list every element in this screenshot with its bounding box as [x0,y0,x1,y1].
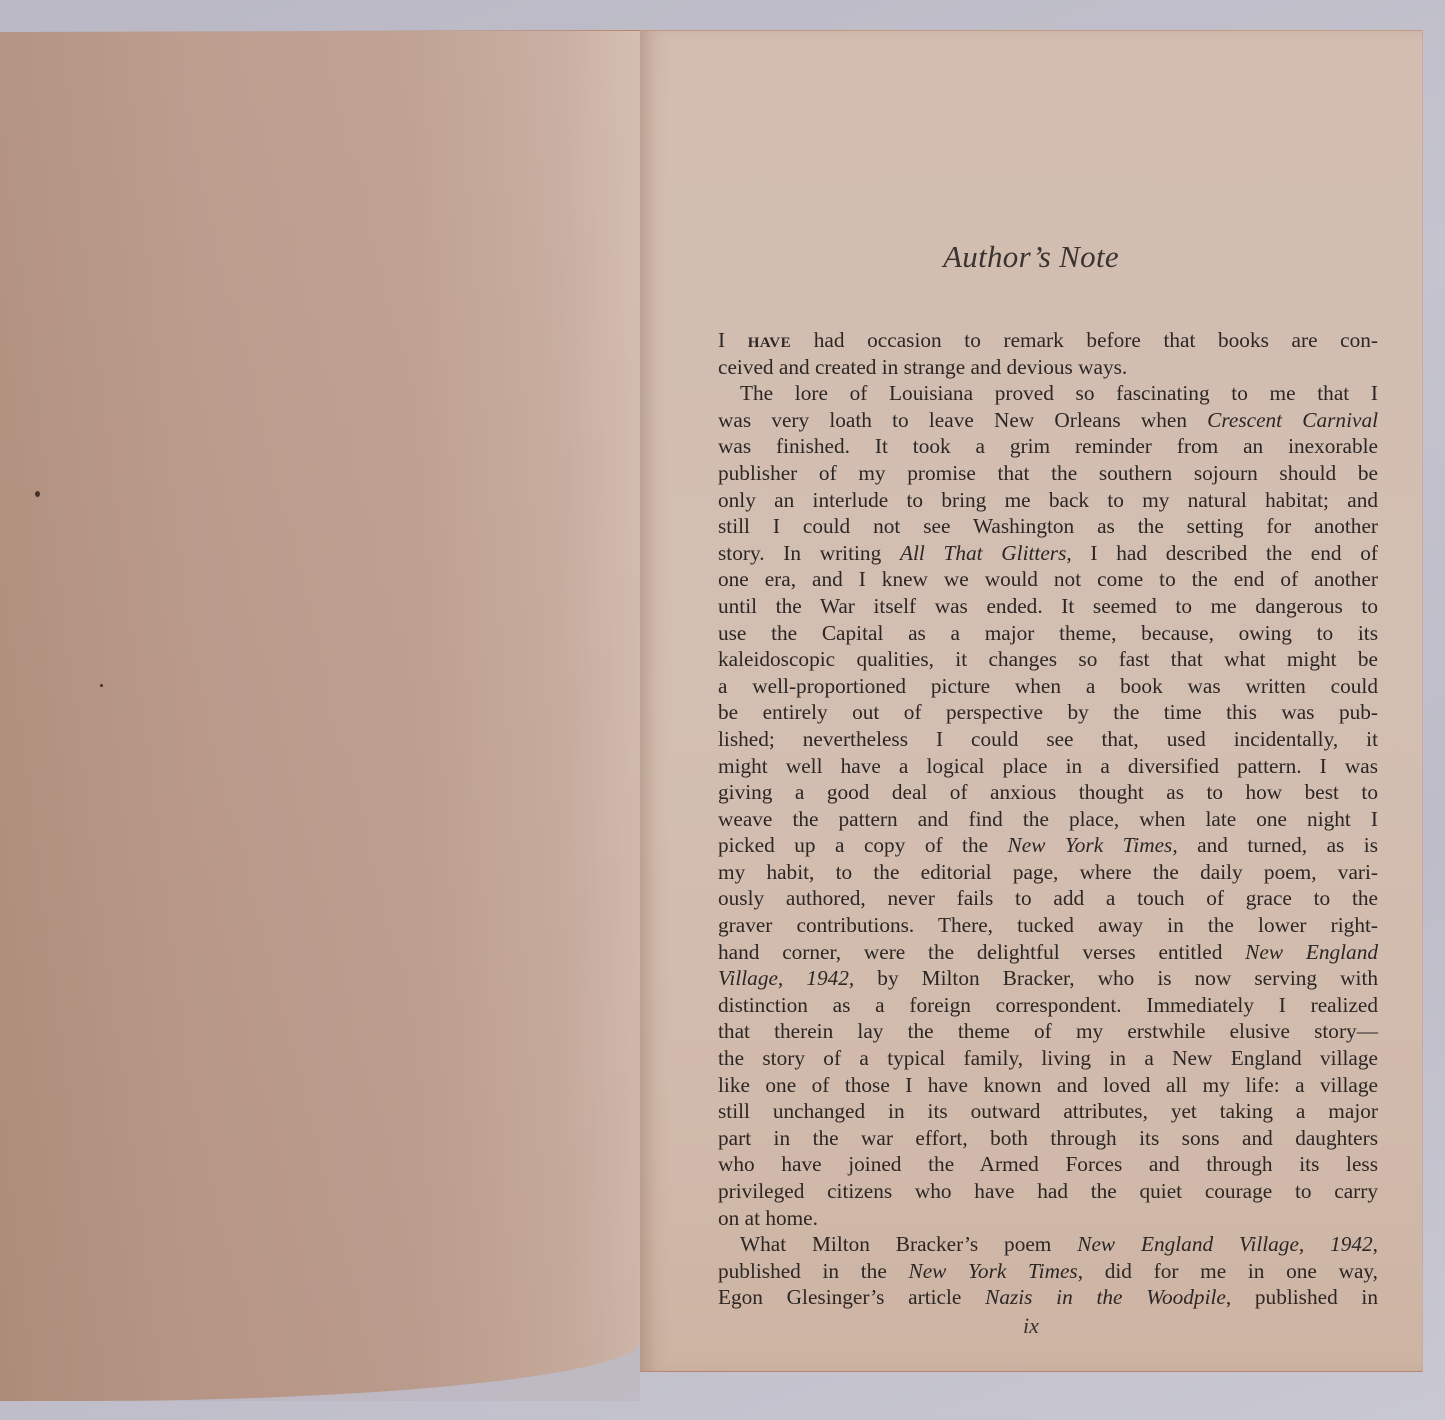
text-run: , [1373,1232,1378,1256]
page-title: Author’s Note [640,239,1422,275]
text-run: weave the pattern and find the place, wh… [718,807,1378,831]
text-line: story. In writing All That Glitters, I h… [718,540,1378,567]
text-run: , I had described the end of [1066,541,1378,565]
text-line: I have had occasion to remark before tha… [718,327,1378,354]
body-text: I have had occasion to remark before tha… [718,327,1378,1311]
text-run: , by Milton Bracker, who is now serving … [849,966,1378,990]
text-line: ously authored, never fails to add a tou… [718,885,1378,912]
italic-title: New York Times [1008,833,1173,857]
text-run: privileged citizens who have had the qui… [718,1179,1378,1203]
text-run: hand corner, were the delightful verses … [718,940,1245,964]
text-run: that therein lay the theme of my erstwhi… [718,1019,1378,1043]
text-run: ceived and created in strange and deviou… [718,355,1127,379]
text-line: Village, 1942, by Milton Bracker, who is… [718,965,1378,992]
text-line: who have joined the Armed Forces and thr… [718,1151,1378,1178]
text-line: on at home. [718,1205,1378,1232]
text-line: publisher of my promise that the souther… [718,460,1378,487]
text-line: still unchanged in its outward attribute… [718,1098,1378,1125]
text-run: might well have a logical place in a div… [718,754,1378,778]
text-line: Egon Glesinger’s article Nazis in the Wo… [718,1284,1378,1311]
text-run: like one of those I have known and loved… [718,1073,1378,1097]
text-line: use the Capital as a major theme, becaus… [718,620,1378,647]
text-line: ceived and created in strange and deviou… [718,354,1378,381]
italic-title: New England [1245,940,1378,964]
paper-spot [100,684,103,687]
text-line: part in the war effort, both through its… [718,1125,1378,1152]
text-line: What Milton Bracker’s poem New England V… [718,1231,1378,1258]
text-line: still I could not see Washington as the … [718,513,1378,540]
text-run: giving a good deal of anxious thought as… [718,780,1378,804]
text-line: The lore of Louisiana proved so fascinat… [718,380,1378,407]
text-run: be entirely out of perspective by the ti… [718,700,1378,724]
text-line: giving a good deal of anxious thought as… [718,779,1378,806]
left-page-blank [0,30,640,1401]
text-line: that therein lay the theme of my erstwhi… [718,1018,1378,1045]
text-run: was very loath to leave New Orleans when [718,408,1207,432]
text-run: , did for me in one way, [1078,1259,1378,1283]
text-run: distinction as a foreign correspondent. … [718,993,1378,1017]
text-run: , and turned, as is [1172,833,1378,857]
text-line: one era, and I knew we would not come to… [718,566,1378,593]
text-line: my habit, to the editorial page, where t… [718,859,1378,886]
text-line: weave the pattern and find the place, wh… [718,806,1378,833]
text-run: The lore of Louisiana proved so fascinat… [740,381,1378,405]
text-run: Egon Glesinger’s article [718,1285,985,1309]
text-line: was finished. It took a grim reminder fr… [718,433,1378,460]
text-run: still I could not see Washington as the … [718,514,1378,538]
text-run: picked up a copy of the [718,833,1008,857]
text-line: kaleidoscopic qualities, it changes so f… [718,646,1378,673]
text-run: my habit, to the editorial page, where t… [718,860,1378,884]
text-run: still unchanged in its outward attribute… [718,1099,1378,1123]
text-run: I [718,328,748,352]
text-line: picked up a copy of the New York Times, … [718,832,1378,859]
text-run: on at home. [718,1206,818,1230]
text-line: be entirely out of perspective by the ti… [718,699,1378,726]
text-run: story. In writing [718,541,900,565]
text-run: was finished. It took a grim reminder fr… [718,434,1378,458]
italic-title: Village, 1942 [718,966,849,990]
text-run: published in the [718,1259,908,1283]
text-run: a well-proportioned picture when a book … [718,674,1378,698]
text-run: only an interlude to bring me back to my… [718,488,1378,512]
text-run: use the Capital as a major theme, becaus… [718,621,1378,645]
text-line: until the War itself was ended. It seeme… [718,593,1378,620]
text-line: like one of those I have known and loved… [718,1072,1378,1099]
text-line: privileged citizens who have had the qui… [718,1178,1378,1205]
italic-title: All That Glitters [900,541,1066,565]
text-run: publisher of my promise that the souther… [718,461,1378,485]
text-line: hand corner, were the delightful verses … [718,939,1378,966]
text-run: lished; nevertheless I could see that, u… [718,727,1378,751]
smallcaps-opening: have [748,328,791,352]
text-line: graver contributions. There, tucked away… [718,912,1378,939]
right-page: Author’s Note I have had occasion to rem… [640,30,1423,1372]
page-number: ix [640,1313,1422,1339]
text-line: distinction as a foreign correspondent. … [718,992,1378,1019]
text-run: until the War itself was ended. It seeme… [718,594,1378,618]
text-line: lished; nevertheless I could see that, u… [718,726,1378,753]
text-run: one era, and I knew we would not come to… [718,567,1378,591]
italic-title: Crescent Carnival [1207,408,1378,432]
text-run: What Milton Bracker’s poem [740,1232,1077,1256]
text-line: might well have a logical place in a div… [718,753,1378,780]
text-line: only an interlude to bring me back to my… [718,487,1378,514]
text-run: , published in [1226,1285,1378,1309]
text-run: graver contributions. There, tucked away… [718,913,1378,937]
text-run: kaleidoscopic qualities, it changes so f… [718,647,1378,671]
text-line: a well-proportioned picture when a book … [718,673,1378,700]
text-run: the story of a typical family, living in… [718,1046,1378,1070]
italic-title: New England Village, 1942 [1077,1232,1372,1256]
italic-title: New York Times [908,1259,1077,1283]
text-line: was very loath to leave New Orleans when… [718,407,1378,434]
paper-spot [35,491,40,497]
text-run: had occasion to remark before that books… [791,328,1378,352]
text-line: the story of a typical family, living in… [718,1045,1378,1072]
text-line: published in the New York Times, did for… [718,1258,1378,1285]
italic-title: Nazis in the Woodpile [985,1285,1226,1309]
text-run: part in the war effort, both through its… [718,1126,1378,1150]
text-run: ously authored, never fails to add a tou… [718,886,1378,910]
text-run: who have joined the Armed Forces and thr… [718,1152,1378,1176]
